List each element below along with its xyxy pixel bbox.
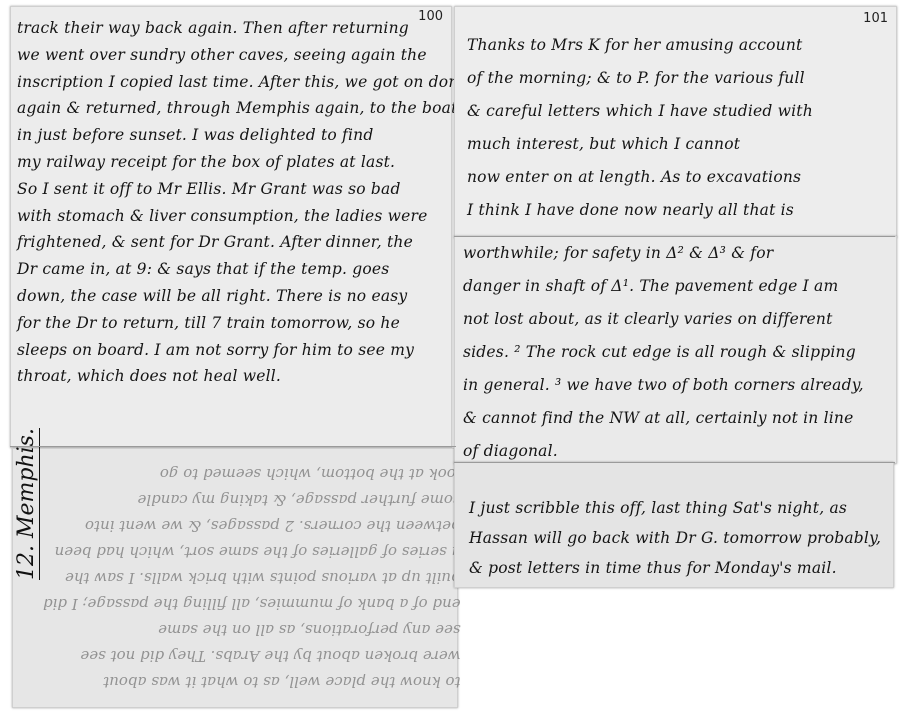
- handwritten-text-block: Thanks to Mrs K for her amusing account …: [467, 29, 813, 227]
- text-line: frightened, & sent for Dr Grant. After d…: [17, 229, 526, 256]
- text-line: were broken about by the Arabs. They did…: [43, 643, 461, 669]
- text-line: much interest, but which I cannot: [467, 128, 813, 161]
- text-line: worthwhile; for safety in Δ² & Δ³ & for: [463, 237, 864, 270]
- text-line: built up at various points with brick wa…: [43, 565, 461, 591]
- handwritten-text-block: track their way back again. Then after r…: [17, 15, 526, 390]
- text-line: & careful letters which I have studied w…: [467, 95, 813, 128]
- text-line: of the morning; & to P. for the various …: [467, 62, 813, 95]
- text-line: not lost about, as it clearly varies on …: [463, 303, 864, 336]
- text-line: danger in shaft of Δ¹. The pavement edge…: [463, 270, 864, 303]
- text-line: again & returned, through Memphis again,…: [17, 95, 526, 122]
- text-line: in general. ³ we have two of both corner…: [463, 369, 864, 402]
- page-fold-line: [10, 446, 456, 447]
- letter-page-reverse: to know the place well, as to what it wa…: [12, 448, 458, 708]
- letter-postscript: I just scribble this off, last thing Sat…: [454, 462, 894, 588]
- text-line: my railway receipt for the box of plates…: [17, 149, 526, 176]
- text-line: end of a bank of mummies, all filling th…: [43, 591, 461, 617]
- handwritten-text-block: worthwhile; for safety in Δ² & Δ³ & for …: [463, 237, 864, 468]
- text-line: I just scribble this off, last thing Sat…: [469, 493, 881, 523]
- text-line: between the corners. 2 passages, & we we…: [43, 513, 461, 539]
- text-line: with stomach & liver consumption, the la…: [17, 203, 526, 230]
- text-line: inscription I copied last time. After th…: [17, 69, 526, 96]
- mirrored-text-block: to know the place well, as to what it wa…: [43, 461, 461, 695]
- text-line: to know the place well, as to what it wa…: [43, 669, 461, 695]
- text-line: in just before sunset. I was delighted t…: [17, 122, 526, 149]
- text-line: Thanks to Mrs K for her amusing account: [467, 29, 813, 62]
- margin-note: 12. Memphis.: [14, 428, 40, 580]
- text-line: sides. ² The rock cut edge is all rough …: [463, 336, 864, 369]
- text-line: look at the bottom, which seemed to go: [43, 461, 461, 487]
- text-line: & cannot find the NW at all, certainly n…: [463, 402, 864, 435]
- page-fold-line: [454, 236, 895, 237]
- text-line: So I sent it off to Mr Ellis. Mr Grant w…: [17, 176, 526, 203]
- letter-page-100: 100 ​ track their way back again. Then a…: [10, 6, 452, 448]
- text-line: Dr came in, at 9: & says that if the tem…: [17, 256, 526, 283]
- letter-page-101: 101 Thanks to Mrs K for her amusing acco…: [454, 6, 897, 238]
- text-line: sleeps on board. I am not sorry for him …: [17, 337, 526, 364]
- text-line: throat, which does not heal well.: [17, 363, 526, 390]
- text-line: down, the case will be all right. There …: [17, 283, 526, 310]
- text-line: I think I have done now nearly all that …: [467, 194, 813, 227]
- page-fold-line: [454, 462, 895, 463]
- text-line: track their way back again. Then after r…: [17, 15, 526, 42]
- text-line: a series of galleries of the same sort, …: [43, 539, 461, 565]
- text-line: & post letters in time thus for Monday's…: [469, 553, 881, 583]
- text-line: we went over sundry other caves, seeing …: [17, 42, 526, 69]
- text-line: for the Dr to return, till 7 train tomor…: [17, 310, 526, 337]
- postscript-text-block: I just scribble this off, last thing Sat…: [469, 493, 881, 583]
- letter-page-101-continued: worthwhile; for safety in Δ² & Δ³ & for …: [454, 236, 897, 464]
- page-number: 101: [863, 11, 888, 26]
- text-line: Hassan will go back with Dr G. tomorrow …: [469, 523, 881, 553]
- text-line: some further passage, & taking my candle: [43, 487, 461, 513]
- text-line: now enter on at length. As to excavation…: [467, 161, 813, 194]
- text-line: see any perforations, as all on the same: [43, 617, 461, 643]
